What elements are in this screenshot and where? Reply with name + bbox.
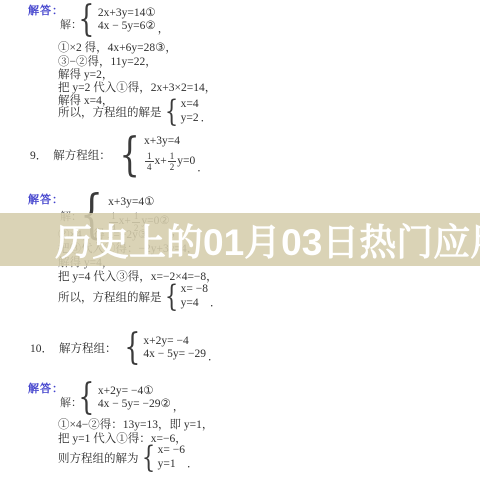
answer-label-9: 解答： (28, 191, 64, 207)
conclusion-10: 则方程组的解为 { x= −6 y=1 ． (58, 444, 198, 471)
conclusion-8: 所以，方程组的解是 { x=4 y=2 ． (58, 98, 212, 125)
equation-text: y=0 (177, 155, 195, 169)
conclusion-10-equations: x= −6 y=1 (158, 444, 185, 471)
problem-9-equations: x+3y=4 1 4 x+ 1 2 y=0 (144, 135, 195, 175)
equation-line: x= −6 (158, 444, 185, 458)
equation-line: y=1 (158, 458, 185, 472)
fraction: 1 2 (168, 151, 177, 173)
banner-title: 历史上的01月03日热门应用 (55, 211, 480, 265)
equation-line: x= −8 (181, 283, 208, 297)
punctuation: ． (197, 159, 208, 175)
equation-line: y=2 (181, 112, 199, 126)
conclusion-text: 所以，方程组的解是 (58, 104, 162, 120)
problem-9-number: 9． (30, 147, 47, 163)
fraction: 1 4 (145, 151, 154, 173)
conclusion-text: 所以，方程组的解是 (58, 289, 162, 305)
punctuation: ． (208, 348, 219, 364)
punctuation: ． (201, 109, 212, 125)
problem-10-equations: x+2y= −4 4x − 5y= −29 (143, 335, 206, 362)
equation-line: x+3y=4 (144, 135, 195, 149)
equation-line: 4x − 5y= −29② (98, 398, 171, 412)
conclusion-9-equations: x= −8 y=4 (181, 283, 208, 310)
equation-line: x+2y= −4① (98, 385, 171, 399)
brace-glyph: { (164, 98, 177, 125)
conclusion-text: 则方程组的解为 (58, 450, 139, 466)
conclusion-8-equations: x=4 y=2 (181, 98, 199, 125)
equation-line: x=4 (181, 98, 199, 112)
problem-10-label: 解方程组： (59, 340, 117, 356)
brace-glyph: { (164, 283, 177, 310)
system-10: { x+2y= −4① 4x − 5y= −29② ， (75, 382, 184, 414)
punctuation: ． (210, 294, 221, 310)
fraction-numerator: 1 (145, 151, 154, 162)
punctuation: ， (173, 398, 184, 414)
brace-glyph: { (141, 444, 154, 471)
system-10-equations: x+2y= −4① 4x − 5y= −29② (98, 385, 171, 412)
equation-line: 4x − 5y=6② (98, 20, 156, 34)
problem-9-label: 解方程组： (53, 147, 111, 163)
answer-label-10: 解答： (28, 380, 64, 396)
overlay-banner: 历史上的01月03日热门应用 (0, 213, 480, 266)
equation-line: x+3y=4① (108, 196, 170, 210)
punctuation: ． (187, 455, 198, 471)
brace-glyph: { (78, 4, 94, 36)
system-8: { 2x+3y=14① 4x − 5y=6② ， (75, 4, 169, 36)
equation-line: y=4 (181, 297, 208, 311)
solution-step: 把 y=4 代入③得，x=−2×4=−8， (58, 268, 218, 284)
equation-line: x+2y= −4 (143, 335, 206, 349)
problem-10-number: 10． (30, 340, 53, 356)
problem-9: 9． 解方程组： { x+3y=4 1 4 x+ 1 2 y=0 ． (30, 134, 208, 175)
brace-glyph: { (124, 332, 140, 364)
brace-glyph: { (78, 382, 94, 414)
brace-glyph: { (119, 134, 139, 175)
equation-line: 2x+3y=14① (98, 7, 156, 21)
equation-text: x+ (155, 155, 167, 169)
problem-10: 10． 解方程组： { x+2y= −4 4x − 5y= −29 ． (30, 332, 219, 364)
fraction-numerator: 1 (168, 151, 177, 162)
fraction-denominator: 2 (168, 162, 177, 172)
equation-line-fractions: 1 4 x+ 1 2 y=0 (144, 148, 195, 174)
punctuation: ， (158, 20, 169, 36)
fraction-denominator: 4 (145, 162, 154, 172)
answer-label-8: 解答： (28, 2, 64, 18)
system-8-equations: 2x+3y=14① 4x − 5y=6② (98, 7, 156, 34)
conclusion-9: 所以，方程组的解是 { x= −8 y=4 ． (58, 283, 221, 310)
math-worksheet-page: 解答： 解： { 2x+3y=14① 4x − 5y=6② ， ①×2 得，4x… (0, 0, 480, 480)
equation-line: 4x − 5y= −29 (143, 348, 206, 362)
